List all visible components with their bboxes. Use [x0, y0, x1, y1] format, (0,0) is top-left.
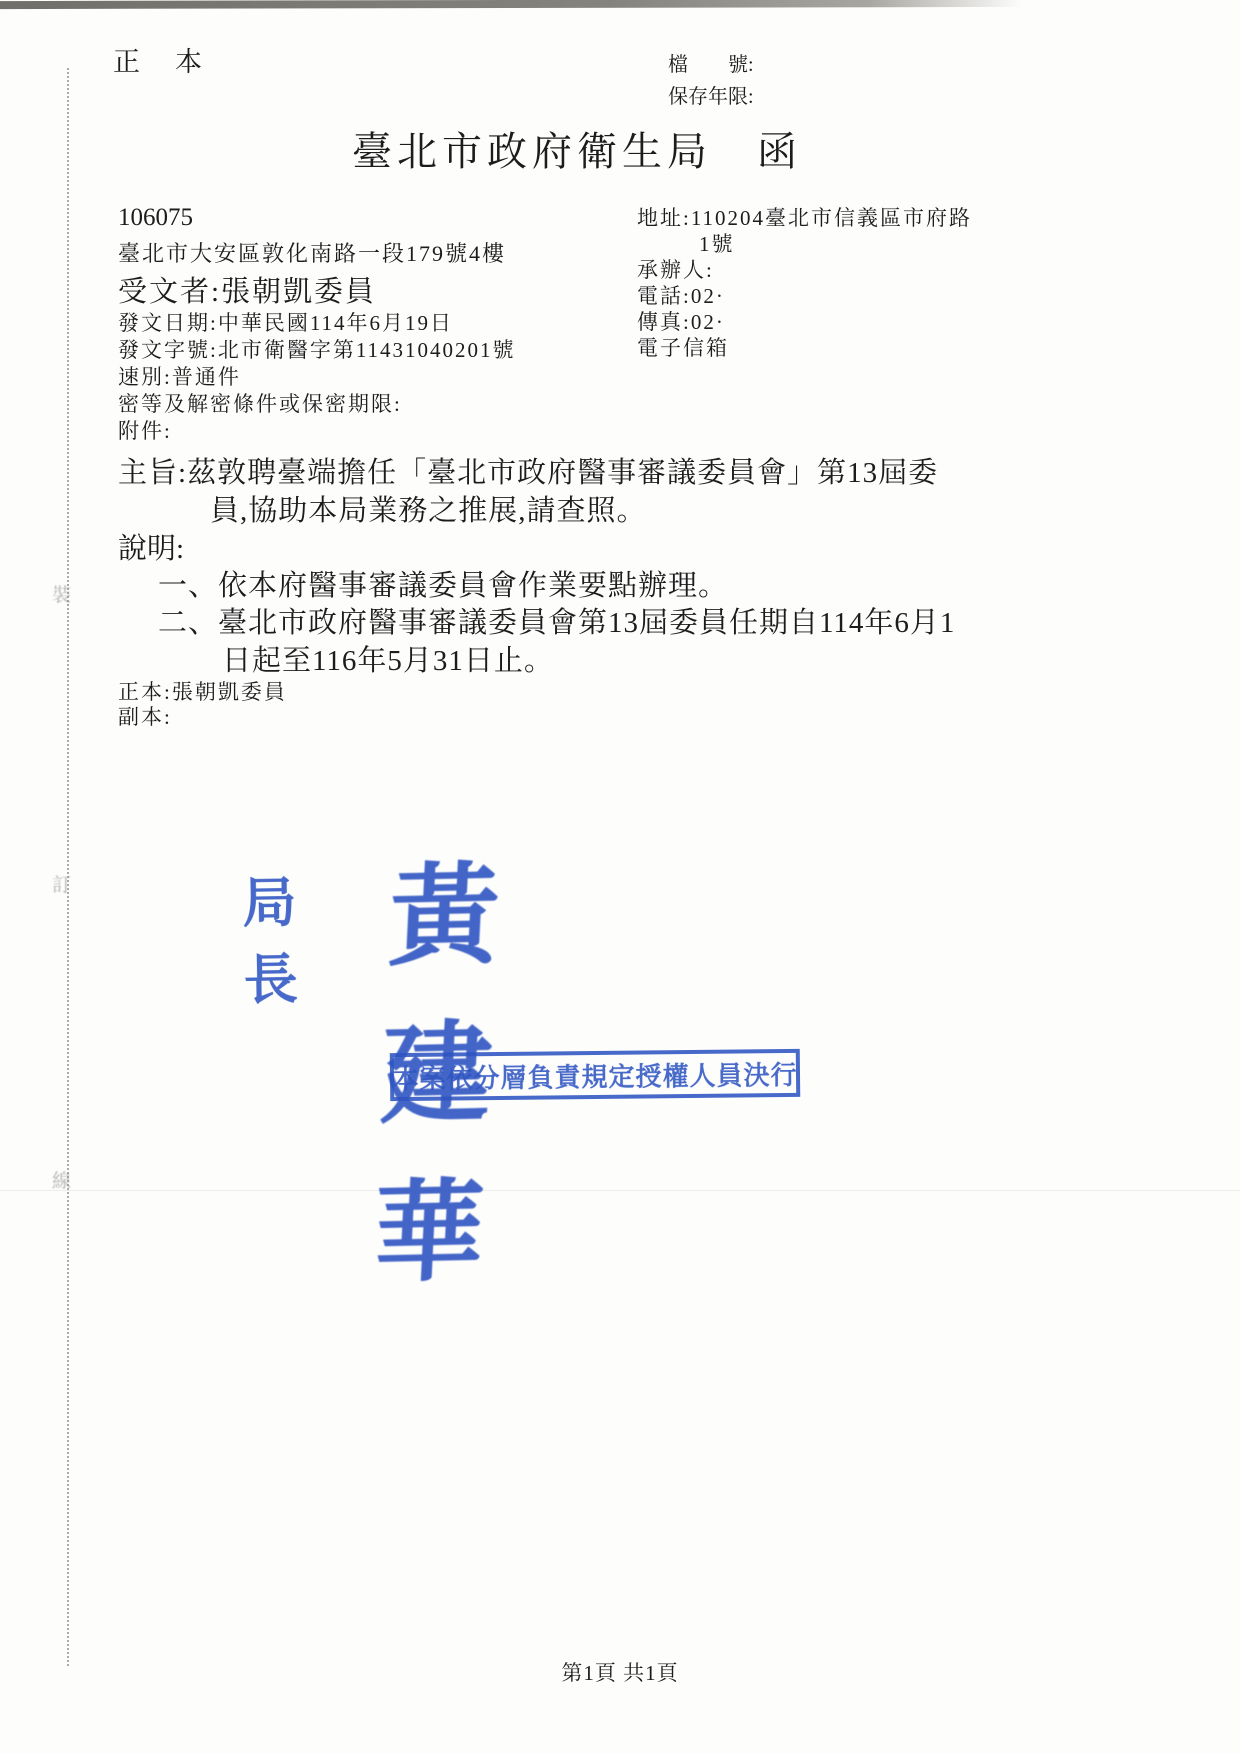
- copy-recipient-line: 副本:: [118, 701, 172, 731]
- explanation-item-2-line2: 日起至116年5月31日止。: [222, 638, 554, 679]
- stamp-director-title: 局長: [242, 859, 313, 1014]
- issue-date-line: 發文日期:中華民國114年6月19日: [118, 310, 516, 337]
- stamp-delegation-text: 本案依分層負責規定授權人員決行: [392, 1054, 797, 1095]
- sender-fax: 傳真:02·: [637, 309, 972, 335]
- stamp-delegation-box: 本案依分層負責規定授權人員決行: [390, 1049, 800, 1101]
- scanned-official-letter: 裝 訂 線 正 本 檔 號: 保存年限: 臺北市政府衛生局 函 106075 臺…: [0, 0, 1240, 1754]
- subject-text-1: 茲敦聘臺端擔任「臺北市政府醫事審議委員會」第13屆委: [187, 457, 938, 489]
- binding-mark-zhuang: 裝: [52, 580, 82, 607]
- recipient-address: 臺北市大安區敦化南路一段179號4樓: [118, 237, 506, 268]
- subject-line-1: 主旨:茲敦聘臺端擔任「臺北市政府醫事審議委員會」第13屆委: [118, 450, 938, 491]
- explanation-item-2-line1: 二、臺北市政府醫事審議委員會第13屆委員任期自114年6月1: [158, 600, 955, 641]
- recipient-zipcode: 106075: [118, 204, 193, 232]
- security-class-line: 密等及解密條件或保密期限:: [118, 391, 516, 418]
- file-number-label: 檔 號:: [668, 48, 754, 77]
- binding-mark-xian: 線: [52, 1166, 82, 1193]
- document-meta-block: 發文日期:中華民國114年6月19日 發文字號:北市衛醫字第1143104020…: [118, 310, 516, 445]
- issue-number-line: 發文字號:北市衛醫字第11431040201號: [118, 337, 516, 364]
- recipient-line: 受文者:張朝凱委員: [118, 269, 376, 310]
- subject-label: 主旨:: [118, 457, 187, 489]
- sender-email-label: 電子信箱: [637, 335, 972, 361]
- scanner-faint-line: [0, 1190, 1240, 1191]
- sender-address-line1: 地址:110204臺北市信義區市府路: [637, 205, 972, 231]
- scanner-edge-artifact: [0, 0, 1022, 9]
- binding-dotted-line: [67, 68, 69, 1666]
- speed-class-line: 速別:普通件: [118, 364, 516, 391]
- binding-mark-ding: 訂: [52, 870, 82, 897]
- sender-address-line2: 1號: [637, 231, 972, 257]
- document-title: 臺北市政府衛生局 函: [352, 120, 802, 177]
- subject-line-2: 員,協助本局業務之推展,請查照。: [210, 488, 647, 529]
- retention-period-label: 保存年限:: [668, 80, 754, 109]
- explanation-label: 說明:: [118, 526, 184, 567]
- sender-phone: 電話:02·: [637, 283, 972, 309]
- copy-type-label: 正 本: [113, 40, 206, 79]
- attachment-line: 附件:: [118, 418, 516, 445]
- sender-contact-person: 承辦人:: [637, 257, 972, 283]
- explanation-item-1: 一、依本府醫事審議委員會作業要點辦理。: [158, 563, 728, 604]
- sender-contact-block: 地址:110204臺北市信義區市府路 1號 承辦人: 電話:02· 傳真:02·…: [637, 205, 972, 361]
- page-number-footer: 第1頁 共1頁: [0, 1657, 1240, 1687]
